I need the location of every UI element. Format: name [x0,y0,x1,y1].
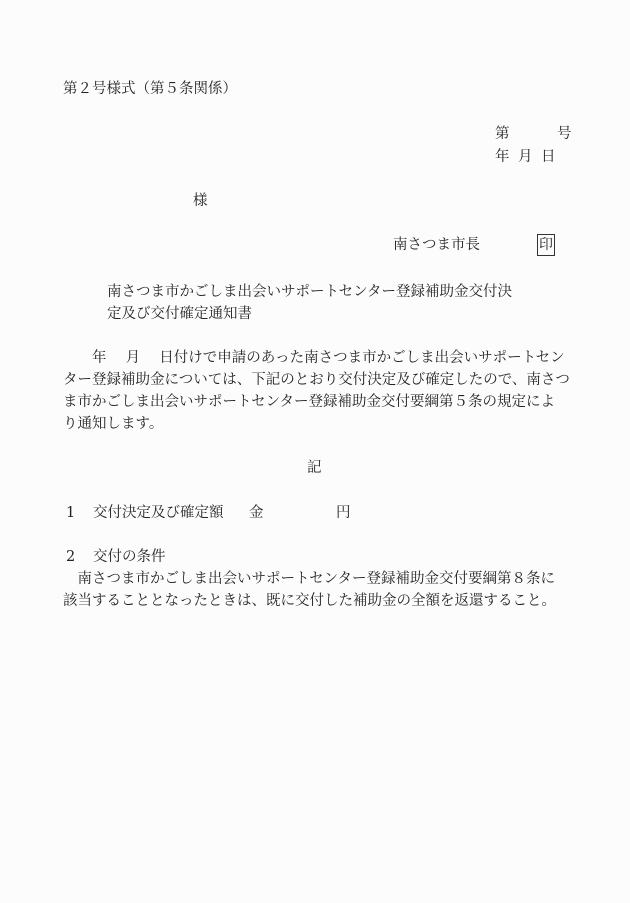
title-line: 南さつま市かごしま出会いサポートセンター登録補助金交付決 [107,281,512,303]
seal-mark: 印 [537,234,555,256]
date-day: 日 [541,147,556,167]
item-number: 1 [66,503,93,523]
amount-prefix: 金 [249,503,336,523]
issuer-name: 南さつま市長 [393,235,480,255]
form-number: 第２号様式（第５条関係） [63,79,237,99]
body-line: ター登録補助金については、下記のとおり交付決定及び確定したので、南さつ [63,369,583,391]
item-label: 交付決定及び確定額 [93,503,249,523]
document-number-suffix: 号 [557,126,572,142]
document-number: 第号 [495,124,572,144]
date-year: 年 [495,147,518,167]
item-number: 2 [66,547,93,567]
conditions-line: 該当することとなったときは、既に交付した補助金の全額を返還すること。 [63,590,556,612]
title-line: 定及び交付確定通知書 [107,303,512,325]
recipient: 様 [193,191,208,211]
amount-unit: 円 [336,503,351,523]
issue-date: 年月日 [495,147,556,167]
document-number-prefix: 第 [495,124,557,144]
body-line: り通知します。 [63,413,583,435]
body-line: 年 月 日付けで申請のあった南さつま市かごしま出会いサポートセン [63,347,583,369]
item-grant-conditions: 2交付の条件 [66,547,166,567]
item-grant-amount: 1交付決定及び確定額金円 [66,503,351,523]
document-title: 南さつま市かごしま出会いサポートセンター登録補助金交付決 定及び交付確定通知書 [107,281,512,325]
item-label: 交付の条件 [93,549,166,565]
conditions-paragraph: 南さつま市かごしま出会いサポートセンター登録補助金交付要綱第８条に 該当すること… [63,568,556,612]
conditions-line: 南さつま市かごしま出会いサポートセンター登録補助金交付要綱第８条に [63,568,556,590]
body-line: ま市かごしま出会いサポートセンター登録補助金交付要綱第５条の規定によ [63,391,583,413]
date-month: 月 [518,147,541,167]
body-paragraph: 年 月 日付けで申請のあった南さつま市かごしま出会いサポートセン ター登録補助金… [63,347,583,435]
ki-heading: 記 [307,458,322,478]
